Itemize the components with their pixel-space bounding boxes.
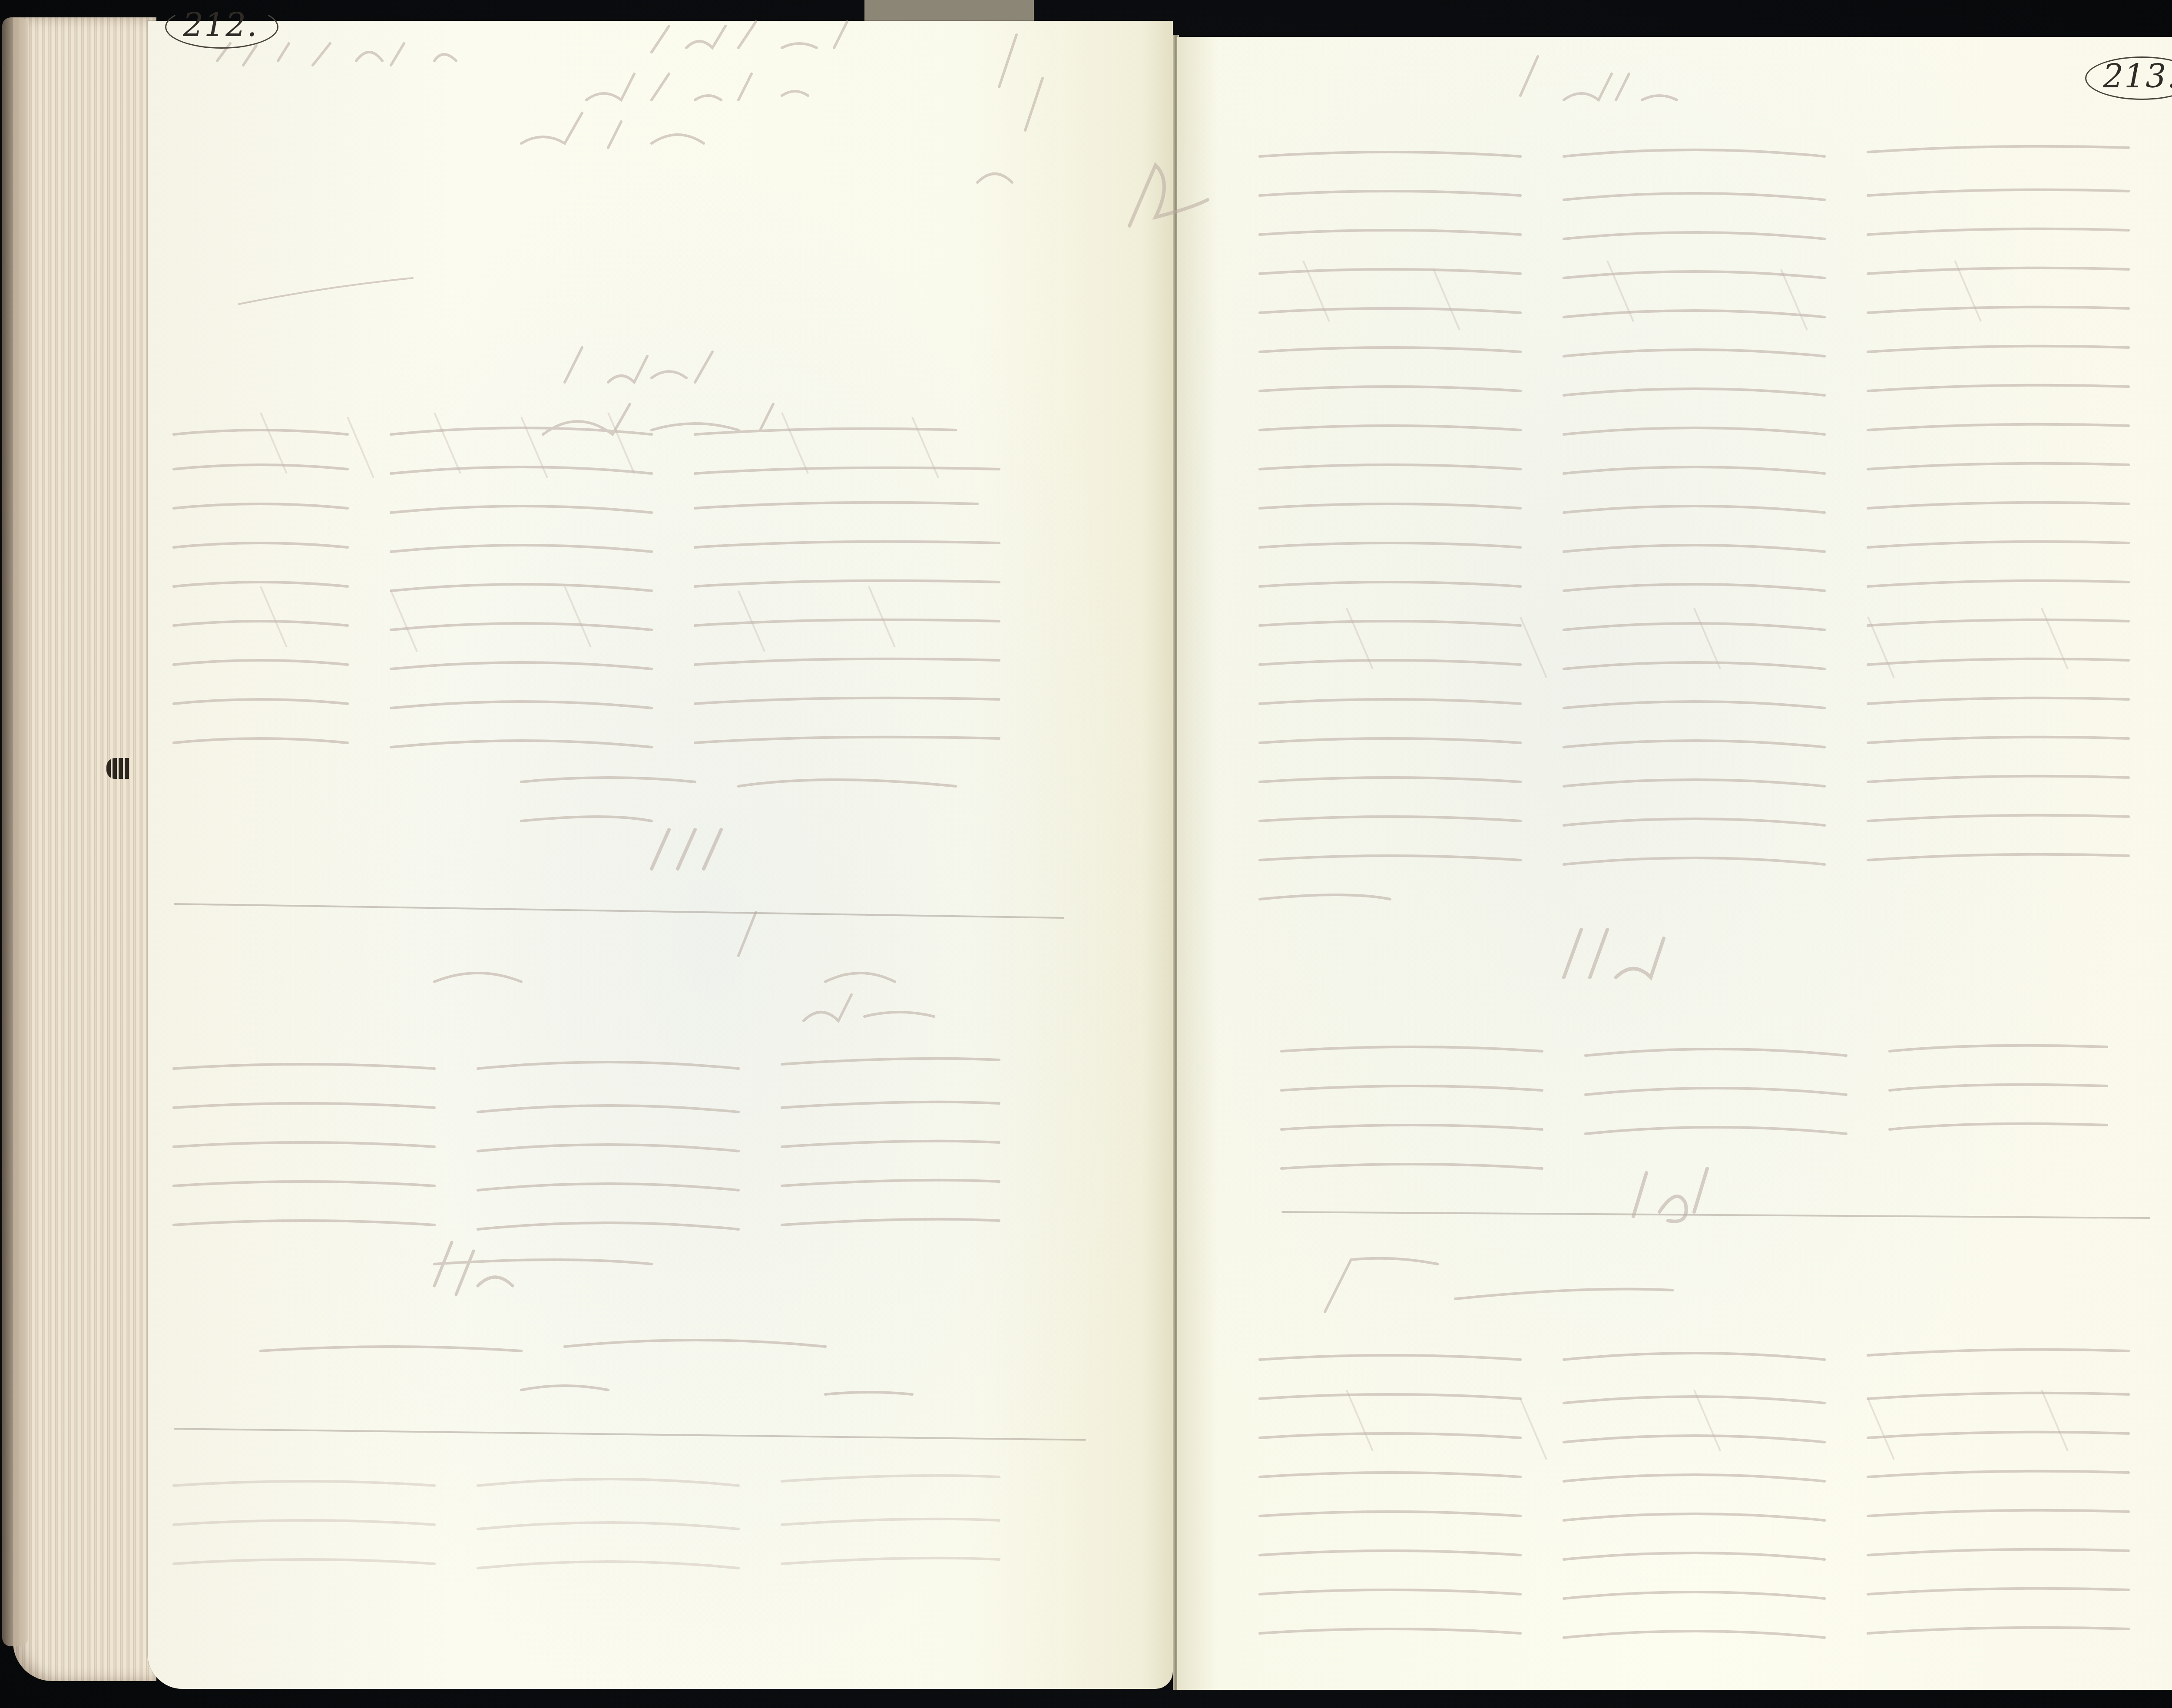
right-page (1177, 37, 2172, 1690)
page-number-left: 212. (165, 5, 278, 49)
binding-mark (106, 758, 130, 779)
left-page-stack-edge (13, 17, 156, 1681)
